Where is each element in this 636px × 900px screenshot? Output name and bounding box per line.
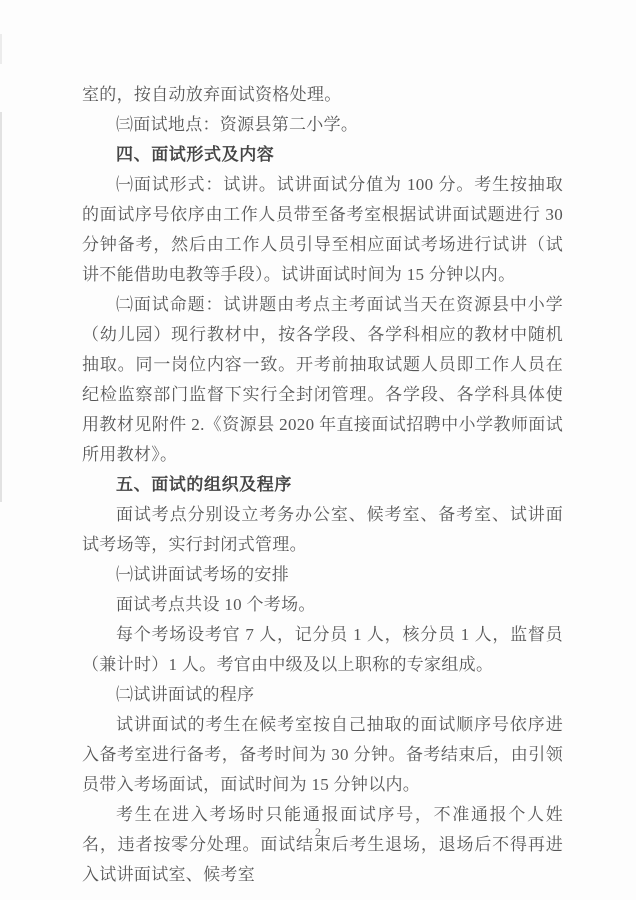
subsection-venue-arrangement: ㈠试讲面试考场的安排 bbox=[82, 560, 563, 590]
section-heading-5: 五、面试的组织及程序 bbox=[82, 470, 563, 500]
paragraph-site-setup: 面试考点分别设立考务办公室、候考室、备考室、试讲面试考场等，实行封闭式管理。 bbox=[82, 500, 563, 560]
scan-artifact-top bbox=[0, 34, 2, 64]
document-body: 室的，按自动放弃面试资格处理。 ㈢面试地点：资源县第二小学。 四、面试形式及内容… bbox=[82, 80, 563, 890]
paragraph-procedure-details: 试讲面试的考生在候考室按自己抽取的面试顺序号依序进入备考室进行备考，备考时间为 … bbox=[82, 710, 563, 800]
paragraph-interview-location: ㈢面试地点：资源县第二小学。 bbox=[82, 110, 563, 140]
paragraph-interview-format: ㈠面试形式：试讲。试讲面试分值为 100 分。考生按抽取的面试序号依序由工作人员… bbox=[82, 170, 563, 290]
page-number: 2 bbox=[0, 824, 636, 840]
paragraph-examiner-staffing: 每个考场设考官 7 人，记分员 1 人，核分员 1 人，监督员（兼计时）1 人。… bbox=[82, 620, 563, 680]
paragraph-venue-count: 面试考点共设 10 个考场。 bbox=[82, 590, 563, 620]
scan-artifact-left-edge bbox=[0, 112, 2, 502]
subsection-trial-lecture-procedure: ㈡试讲面试的程序 bbox=[82, 680, 563, 710]
paragraph-candidate-rules: 考生在进入考场时只能通报面试序号，不准通报个人姓名，违者按零分处理。面试结束后考… bbox=[82, 800, 563, 890]
document-page: 室的，按自动放弃面试资格处理。 ㈢面试地点：资源县第二小学。 四、面试形式及内容… bbox=[0, 0, 636, 900]
paragraph-interview-questions: ㈡面试命题：试讲题由考点主考面试当天在资源县中小学（幼儿园）现行教材中，按各学段… bbox=[82, 290, 563, 470]
section-heading-4: 四、面试形式及内容 bbox=[82, 140, 563, 170]
paragraph-continuation: 室的，按自动放弃面试资格处理。 bbox=[82, 80, 563, 110]
